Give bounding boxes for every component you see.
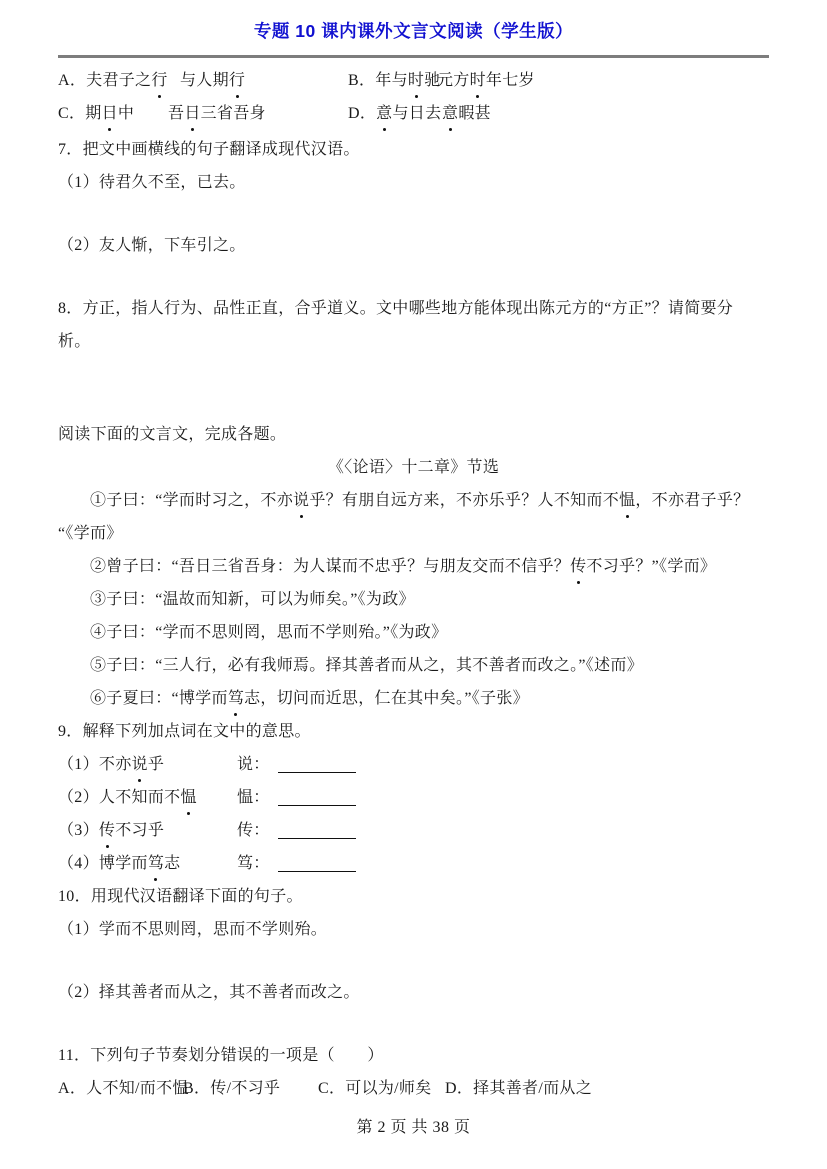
text-run: ⑥子夏曰：“博学而 (90, 690, 228, 707)
text-run: ⑤子曰：“三人行，必有我师焉。择其善者而从之，其不善者而改之。”《述而》 (90, 657, 643, 674)
phrase-cell: C．期日中 (58, 97, 168, 130)
phrase-cell: D．意与日去 (348, 97, 442, 130)
phrase-cell: A．人不知/而不愠 (58, 1072, 183, 1105)
q7-sub-1: （1）待君久不至，已去。 (58, 166, 769, 199)
passage-line-3: ③子曰：“温故而知新，可以为师矣。”《为政》 (58, 583, 769, 616)
passage-line-6: ⑥子夏曰：“博学而笃志，切问而近思，仁在其中矣。”《子张》 (58, 682, 769, 715)
question-9: 9．解释下列加点词在文中的意思。 (58, 715, 769, 748)
text-run: D． (348, 105, 376, 122)
text-run: 乎？有朋自远方来，不亦乐乎？人不知而不 (309, 492, 619, 509)
q10-sub-2: （2）择其善者而从之，其不善者而改之。 (58, 976, 769, 1009)
answer-blank-line (278, 756, 356, 773)
reading-instruction: 阅读下面的文言文，完成各题。 (58, 418, 769, 451)
text-run: ①子曰：“学而时习之，不亦 (90, 492, 293, 509)
text-run: 9．解释下列加点词在文中的意思。 (58, 723, 311, 740)
passage-line-2: ②曾子曰：“吾日三省吾身：为人谋而不忠乎？与朋友交而不信乎？传不习乎？”《学而》 (58, 550, 769, 583)
emphasized-char: 时 (470, 64, 486, 97)
answer-blank-line (278, 822, 356, 839)
text-run: 不习乎？”《学而》 (586, 558, 716, 575)
text-run: 志，切问而近思，仁在其中矣。”《子张》 (244, 690, 529, 707)
text-run: B．传/不习乎 (183, 1080, 280, 1097)
document-page: 专题 10 课内课外文言文阅读（学生版） A．夫君子之行与人期行B．年与时驰元方… (0, 0, 827, 1169)
passage-line-1-cont: “《学而》 (58, 517, 769, 550)
text-run: 笃： (237, 855, 270, 872)
text-run: （1）不亦 (58, 756, 132, 773)
answer-space (58, 388, 769, 418)
emphasized-char: 日 (102, 97, 118, 130)
text-run: 说： (237, 756, 270, 773)
text-run: 10．用现代汉语翻译下面的句子。 (58, 888, 303, 905)
passage-line-5: ⑤子曰：“三人行，必有我师焉。择其善者而从之，其不善者而改之。”《述而》 (58, 649, 769, 682)
document-body: A．夫君子之行与人期行B．年与时驰元方时年七岁C．期日中吾日三省吾身D．意与日去… (0, 58, 827, 1105)
text-run: 与日去 (392, 105, 441, 122)
emphasized-char: 行 (229, 64, 245, 97)
choice-row-A-B: A．夫君子之行与人期行B．年与时驰元方时年七岁 (58, 64, 769, 97)
text-run: 中 (118, 105, 134, 122)
q9-item-1: （1）不亦说乎说： (58, 748, 769, 781)
emphasized-char: 传 (99, 814, 115, 847)
text-run: B．年与 (348, 72, 408, 89)
page-header: 专题 10 课内课外文言文阅读（学生版） (0, 0, 827, 58)
question-10: 10．用现代汉语翻译下面的句子。 (58, 880, 769, 913)
text-run: 愠： (237, 789, 270, 806)
passage-line-1: ①子曰：“学而时习之，不亦说乎？有朋自远方来，不亦乐乎？人不知而不愠，不亦君子乎… (58, 484, 769, 517)
text-run: ④子曰：“学而不思则罔，思而不学则殆。”《为政》 (90, 624, 447, 641)
question-8-cont: 析。 (58, 325, 769, 358)
phrase-cell: （2）人不知而不愠 (58, 781, 237, 814)
text-run: “《学而》 (58, 525, 123, 542)
phrase-cell: B．传/不习乎 (183, 1072, 318, 1105)
text-run: 吾 (168, 105, 184, 122)
text-run: ，不亦君子乎？ (635, 492, 749, 509)
text-run: （1）学而不思则罔，思而不学则殆。 (58, 921, 327, 938)
text-run: 与人期 (180, 72, 229, 89)
text-run: （1）待君久不至，已去。 (58, 174, 246, 191)
emphasized-char: 时 (408, 64, 424, 97)
phrase-cell: （4）博学而笃志 (58, 847, 237, 880)
passage-title: 《〈论语〉十二章》节选 (58, 451, 769, 484)
text-run: ②曾子曰：“吾日三省吾身：为人谋而不忠乎？与朋友交而不信乎？ (90, 558, 570, 575)
text-run: ③子曰：“温故而知新，可以为师矣。”《为政》 (90, 591, 415, 608)
answer-blank-line (278, 789, 356, 806)
text-run: （2）人不知而不 (58, 789, 180, 806)
question-11: 11．下列句子节奏划分错误的一项是（ ） (58, 1039, 769, 1072)
phrase-cell: 与人期行 (180, 64, 348, 97)
text-run: （4）博学而 (58, 855, 148, 872)
emphasized-char: 意 (442, 97, 458, 130)
text-run: 《〈论语〉十二章》节选 (328, 459, 499, 476)
q9-item-3: （3）传不习乎传： (58, 814, 769, 847)
emphasized-char: 说 (293, 484, 309, 517)
emphasized-char: 愠 (619, 484, 635, 517)
text-run: 不习乎 (115, 822, 164, 839)
emphasized-char: 行 (151, 64, 167, 97)
q10-sub-1: （1）学而不思则罔，思而不学则殆。 (58, 913, 769, 946)
emphasized-char: 日 (184, 97, 200, 130)
emphasized-char: 笃 (228, 682, 244, 715)
q9-item-4: （4）博学而笃志笃： (58, 847, 769, 880)
question-7: 7．把文中画横线的句子翻译成现代汉语。 (58, 133, 769, 166)
phrase-cell: （3）传不习乎 (58, 814, 237, 847)
emphasized-char: 传 (570, 550, 586, 583)
text-run: 乎 (148, 756, 164, 773)
text-run: D．择其善者/而从之 (445, 1080, 592, 1097)
text-run: （3） (58, 822, 99, 839)
choice-row-C-D: C．期日中吾日三省吾身D．意与日去意暇甚 (58, 97, 769, 130)
answer-space (58, 358, 769, 388)
text-run: 7．把文中画横线的句子翻译成现代汉语。 (58, 141, 360, 158)
emphasized-char: 意 (376, 97, 392, 130)
q7-sub-2: （2）友人惭，下车引之。 (58, 229, 769, 262)
answer-space (58, 262, 769, 292)
text-run: 阅读下面的文言文，完成各题。 (58, 426, 286, 443)
answer-space (58, 1009, 769, 1039)
text-run: C．期 (58, 105, 102, 122)
question-8: 8．方正，指人行为、品性正直，合乎道义。文中哪些地方能体现出陈元方的“方正”？请… (58, 292, 769, 325)
text-run: 8．方正，指人行为、品性正直，合乎道义。文中哪些地方能体现出陈元方的“方正”？请… (58, 300, 733, 317)
phrase-cell: （1）不亦说乎 (58, 748, 237, 781)
emphasized-char: 愠 (180, 781, 196, 814)
emphasized-char: 说 (132, 748, 148, 781)
text-run: 析。 (58, 333, 91, 350)
text-run: C．可以为/师矣 (318, 1080, 432, 1097)
text-run: 三省吾身 (201, 105, 266, 122)
text-run: 11．下列句子节奏划分错误的一项是（ ） (58, 1047, 384, 1064)
page-number: 第 2 页 共 38 页 (0, 1111, 827, 1144)
text-run: （2）择其善者而从之，其不善者而改之。 (58, 984, 360, 1001)
answer-space (58, 946, 769, 976)
text-run: 暇甚 (458, 105, 491, 122)
answer-blank-line (278, 855, 356, 872)
text-run: 元方 (437, 72, 470, 89)
passage-line-4: ④子曰：“学而不思则罔，思而不学则殆。”《为政》 (58, 616, 769, 649)
phrase-cell: A．夫君子之行 (58, 64, 180, 97)
phrase-cell: B．年与时驰 (348, 64, 437, 97)
q9-item-2: （2）人不知而不愠愠： (58, 781, 769, 814)
page-title: 专题 10 课内课外文言文阅读（学生版） (0, 19, 827, 43)
emphasized-char: 笃 (148, 847, 164, 880)
text-run: （2）友人惭，下车引之。 (58, 237, 246, 254)
text-run: 传： (237, 822, 270, 839)
text-run: A．夫君子之 (58, 72, 151, 89)
phrase-cell: 吾日三省吾身 (168, 97, 348, 130)
phrase-cell: C．可以为/师矣 (318, 1072, 445, 1105)
answer-space (58, 199, 769, 229)
q11-choices: A．人不知/而不愠B．传/不习乎C．可以为/师矣D．择其善者/而从之 (58, 1072, 769, 1105)
text-run: A．人不知/而不愠 (58, 1080, 189, 1097)
text-run: 年七岁 (486, 72, 535, 89)
text-run: 志 (164, 855, 180, 872)
